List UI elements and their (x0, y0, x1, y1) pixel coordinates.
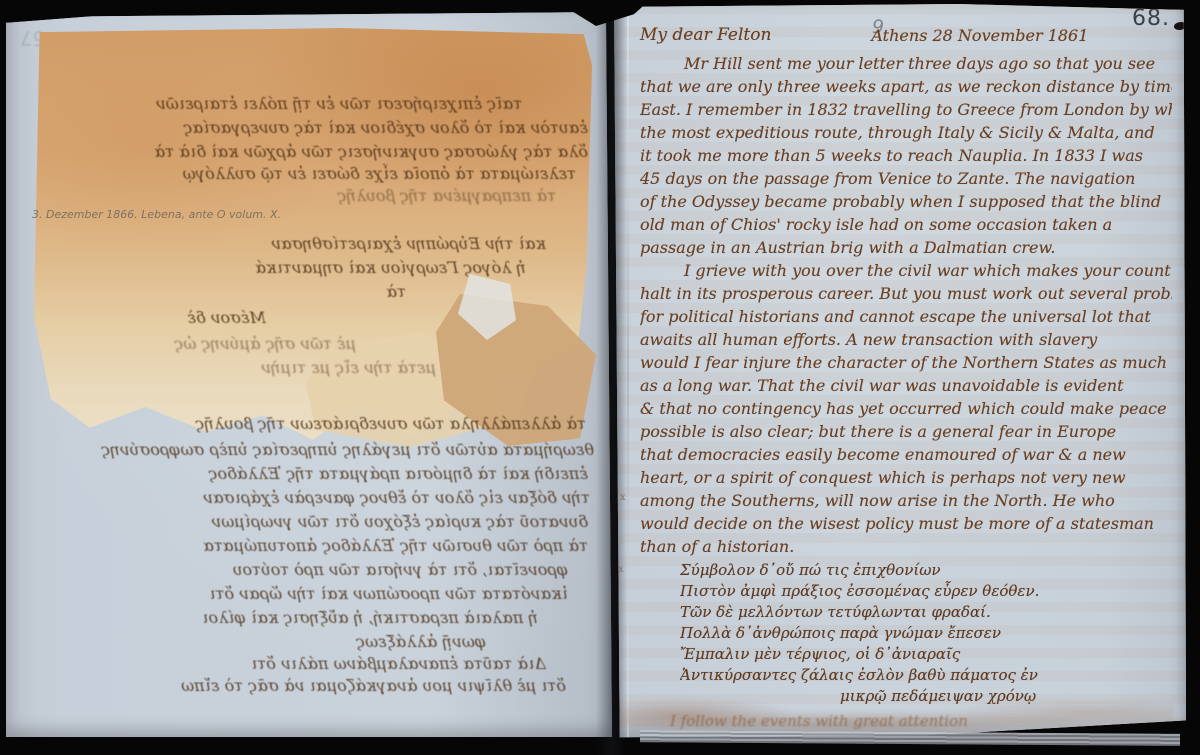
letter-body: My dear Felton Athens 28 November 1861 M… (640, 24, 1172, 733)
mirrored-greek-line: ἡ λόγος Γεωργίου καὶ σημαντικά (206, 258, 526, 277)
mirrored-greek-line: καὶ τὴν Εὐρώπην ἐχαιρετίσθησαν (186, 234, 546, 253)
mirrored-greek-line: τὰ πεπραγμένα τῆς βουλῆς (236, 186, 556, 205)
letter-line: awaits all human efforts. A new transact… (640, 328, 1172, 351)
letter-line: of the Odyssey became probably when I su… (640, 190, 1172, 213)
gutter-shadow (596, 0, 626, 755)
letter-line: as a long war. That the civil war was un… (640, 374, 1172, 397)
letter-line: would decide on the wisest policy must b… (640, 512, 1172, 535)
letter-line: than of a historian. (640, 535, 1172, 558)
mirrored-greek-line: τὰ πρὸ τῶν θυσιῶν τῆς Ἑλλάδος ἀποτυπώματ… (46, 536, 588, 555)
letter-line: passage in an Austrian brig with a Dalma… (640, 236, 1172, 259)
mirrored-greek-line: ὅλα τὰς γλώσσας συγκινήσεις τῶν ἀρχῶν κα… (64, 142, 588, 161)
letter-line: halt in its prosperous career. But you m… (640, 282, 1172, 305)
letter-line: I grieve with you over the civil war whi… (640, 259, 1172, 282)
greek-quotation: Σύμβολον δ᾽οὔ πώ τις ἐπιχθονίων Πιστὸν ἀ… (640, 560, 1172, 707)
letter-line: that we are only three weeks apart, as w… (640, 75, 1172, 98)
manuscript-scan: 67 ταῖς ἐπιχειρήσεσι τῶν ἐν τῇ πόλει ἑτα… (0, 0, 1200, 755)
letter-line: old man of Chios' rocky isle had on some… (640, 213, 1172, 236)
mirrored-greek-line: θεωρήματα αὐτῶν ὅτι μεγάλης ὑπηρεσίας ὑπ… (34, 440, 594, 459)
mirrored-greek-line: ἑαυτὸν καὶ τὸ ὅλον σχέδιον καὶ τὰς συνερ… (96, 118, 588, 137)
mirrored-greek-line: ἡ παλαιὰ περαστική, ἡ αὔξησις καὶ φίλοι (96, 608, 538, 627)
mirrored-greek-line: ἐπειδὴ καὶ τὰ δημόσια πράγματα τῆς Ἑλλάδ… (66, 464, 588, 483)
mirrored-greek-line: τὰ ἀλλεπάλληλα τῶν συνεδριάσεων τῆς βουλ… (156, 414, 586, 433)
mirrored-greek-line: τὴν δόξαν εἰς ὅλον τὸ ἔθνος φανερὰν ἐχάρ… (46, 488, 590, 507)
mirrored-greek-line: μὲ τῶν σῆς ἀμύνης ὡς (66, 334, 356, 353)
mirrored-greek-line: ὅτι μὲ θλῖψιν μου ἀναγκάζομαι νὰ σᾶς τὸ … (76, 676, 566, 695)
mirrored-greek-line: φωνῇ ἀλλάξεως (286, 632, 486, 651)
dateline: Athens 28 November 1861 (871, 24, 1088, 52)
letter-line: 45 days on the passage from Venice to Za… (640, 167, 1172, 190)
mirrored-greek-line: Μέσον δὲ (136, 308, 266, 327)
letter-line: East. I remember in 1832 travelling to G… (640, 98, 1172, 121)
mirrored-greek-line: τὰ (366, 282, 406, 301)
mirrored-greek-line: ταῖς ἐπιχειρήσεσι τῶν ἐν τῇ πόλει ἑταιρε… (156, 94, 586, 113)
left-page: 67 ταῖς ἐπιχειρήσεσι τῶν ἐν τῇ πόλει ἑτα… (6, 12, 612, 737)
letter-line: possible is also clear; but there is a g… (640, 420, 1172, 443)
mirrored-greek-line: δυνατοῦ τὰς κυρίας ἐξόχου ὅτι τῶν γνωρίμ… (56, 512, 588, 531)
greek-quote-line: Σύμβολον δ᾽οὔ πώ τις ἐπιχθονίων (680, 560, 1172, 581)
mirrored-greek-line: ἱκανότατα τῶν προσώπων καὶ τὴν ὥραν ὅτι (86, 584, 568, 603)
letter-line: among the Southerns, will now arise in t… (640, 489, 1172, 512)
salutation: My dear Felton (640, 24, 771, 52)
right-page: 9 68. x x My dear Felton Athens 28 Novem… (614, 4, 1186, 738)
mirrored-greek-line: μετὰ τὴν εἴς με τιμὴν (126, 358, 436, 377)
letter-line: the most expeditious route, through Ital… (640, 121, 1172, 144)
letter-line: would I fear injure the character of the… (640, 351, 1172, 374)
page-fold-line (627, 4, 629, 738)
mirrored-greek-line: τελειώματα τὰ ὁποῖα εἶχε δώσει ἐν τῷ συλ… (46, 164, 576, 183)
greek-quote-line: Ἔμπαλιν μὲν τέρψιος, οἱ δ᾽ἀνιαραῖς (680, 644, 1172, 665)
pencil-annotation: 3. Dezember 1866. Lebena, ante O volum. … (32, 208, 392, 221)
letter-line: Mr Hill sent me your letter three days a… (640, 52, 1172, 75)
letter-line: for political historians and cannot esca… (640, 305, 1172, 328)
letter-line: heart, or a spirit of conquest which is … (640, 466, 1172, 489)
greek-quote-line: Ἀντικύρσαντες ζάλαις ἐσλὸν βαθὺ πάματος … (680, 665, 1172, 686)
greek-quote-line: Πιστὸν ἀμφὶ πράξιος ἐσσομένας εὗρεν θεόθ… (680, 581, 1172, 602)
greek-quote-line: Πολλὰ δ᾽ἀνθρώποις παρὰ γνώμαν ἔπεσεν (680, 623, 1172, 644)
page-stack-edges (640, 730, 1180, 746)
mirrored-greek-text: ταῖς ἐπιχειρήσεσι τῶν ἐν τῇ πόλει ἑταιρε… (6, 12, 612, 737)
mirrored-greek-line: φρονεῖται, ὅτι τὰ γνήσια τῶν πρὸ τούτου (66, 560, 568, 579)
letter-line: that democracies easily become enamoured… (640, 443, 1172, 466)
ink-blot (1174, 22, 1186, 30)
letter-line: it took me more than 5 weeks to reach Na… (640, 144, 1172, 167)
letter-line: & that no contingency has yet occurred w… (640, 397, 1172, 420)
greek-quote-line: Τῶν δὲ μελλόντων τετύφλωνται φραδαί. (680, 602, 1172, 623)
mirrored-greek-line: Διὰ ταῦτα ἐπαναλαμβάνω πάλιν ὅτι (156, 654, 546, 673)
